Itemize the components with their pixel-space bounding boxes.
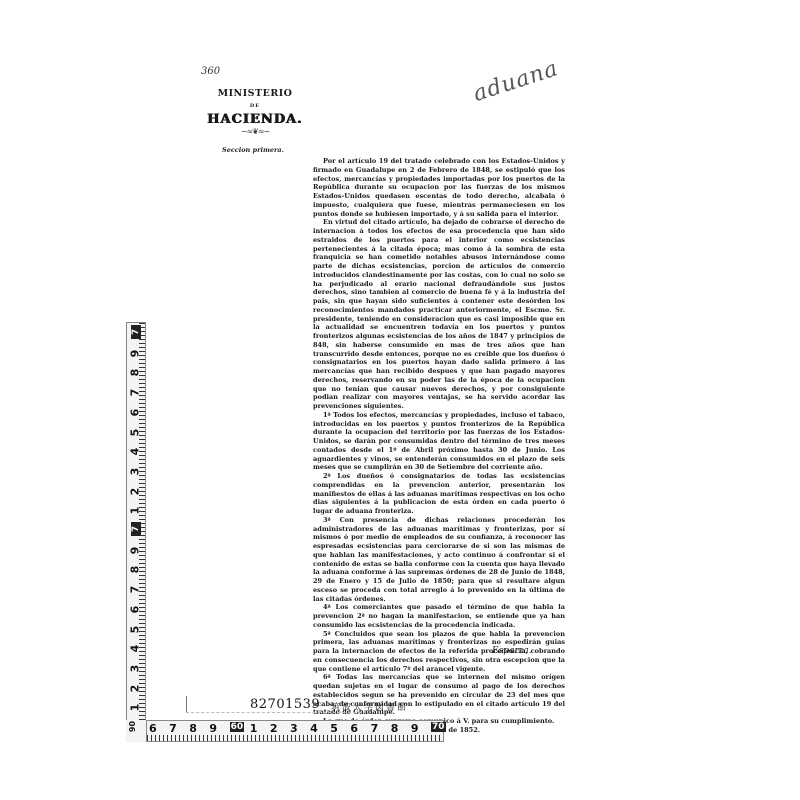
ruler-digit: 3 [129,662,142,674]
masthead: MINISTERIO DE HACIENDA. ~≈❦≈~ [200,88,310,136]
ruler-digit: 7 [371,722,379,735]
ruler-digit: 6 [129,603,142,615]
provision-3: 3ª Con presencia de dichas relaciones pr… [313,516,565,604]
section-label: Seccion primera. [222,146,284,154]
ruler-digit: 7 [129,387,142,399]
ruler-digit: 60 [230,722,245,732]
ruler-digit: 4 [129,643,142,655]
ruler-digit: 7 [131,522,141,536]
horizontal-ruler: 67896012345678970 [126,720,444,742]
masthead-de: DE [200,103,310,109]
stamp-bracket [186,696,190,712]
ruler-digit: 1 [129,702,142,714]
ruler-digit: 4 [310,722,318,735]
catalog-number: 82701539 [250,697,320,712]
ruler-digit: 6 [350,722,358,735]
ruler-digit: 1 [250,722,258,735]
signature: Esparza. [492,646,532,656]
ornament-flourish-icon: ~≈❦≈~ [200,127,310,136]
ruler-digit: 8 [129,367,142,379]
ruler-digit: 9 [129,347,142,359]
ruler-digit: 3 [129,465,142,477]
ruler-digit: 2 [129,682,142,694]
ruler-digit: 9 [209,722,217,735]
ruler-digit: 8 [391,722,399,735]
paragraph-considerations: En virtud del citado artículo, ha dejado… [313,218,565,411]
vertical-ruler: 798765432179876543216 [126,322,146,738]
provision-4: 4ª Los comerciantes que pasado el términ… [313,603,565,629]
stamp-divider [186,712,366,713]
ruler-digit: 5 [129,426,142,438]
ruler-digit: 2 [129,485,142,497]
ruler-digit: 8 [129,564,142,576]
ruler-digit: 5 [129,623,142,635]
handwritten-note: aduana [470,56,561,107]
masthead-ministerio: MINISTERIO [200,88,310,99]
ruler-digit: 7 [131,325,141,339]
ruler-digit: 7 [129,584,142,596]
ruler-digit: 4 [129,446,142,458]
ruler-digit: 7 [169,722,177,735]
ruler-digit: 5 [330,722,338,735]
masthead-hacienda: HACIENDA. [200,112,310,127]
paragraph-intro: Por el artículo 19 del tratado celebrado… [313,157,565,218]
ruler-digit: 8 [189,722,197,735]
ruler-ticks [127,735,443,741]
ruler-corner-label: 90 [128,721,137,732]
ruler-digit: 1 [129,505,142,517]
ruler-digit: 70 [431,722,446,732]
ruler-digit: 2 [270,722,278,735]
ruler-digit: 9 [129,544,142,556]
page-number: 360 [201,66,220,77]
ruler-digit: 9 [411,722,419,735]
ruler-digit: 6 [149,722,157,735]
provision-1: 1ª Todos los efectos, mercancías y propi… [313,411,565,472]
ruler-digit: 3 [290,722,298,735]
provision-2: 2ª Los dueños ó consignatarios de todas … [313,472,565,516]
ruler-digit: 6 [129,406,142,418]
